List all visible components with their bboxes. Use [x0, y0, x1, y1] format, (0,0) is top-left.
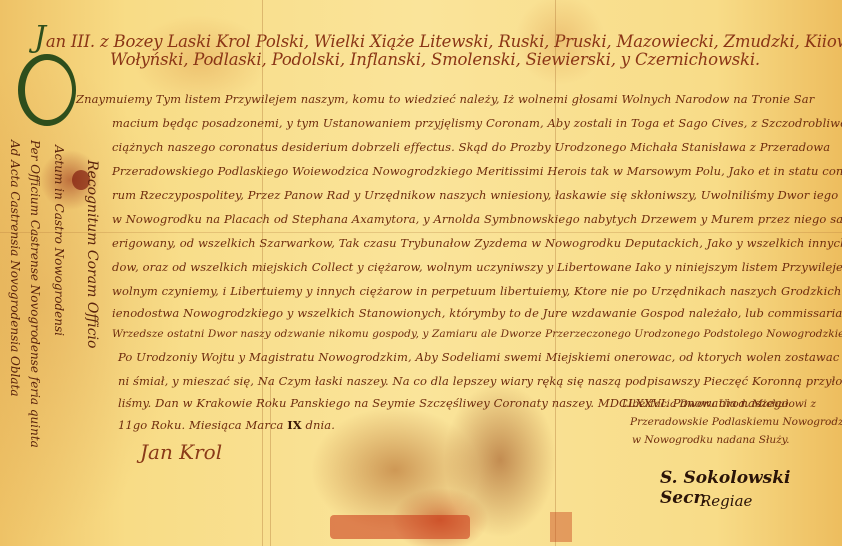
- body-line: Przeradowskiego Podlaskiego Woiewodzica …: [112, 164, 842, 178]
- title-line-2: Wołyński, Podlaski, Podolski, Inflanski,…: [110, 50, 760, 69]
- chancellery-notation-line: w Nowogrodku nadana Służy.: [632, 434, 790, 446]
- body-line: ienodostwa Nowogrodzkiego y wszelkich St…: [112, 306, 842, 320]
- body-line: Po Urodzoniy Wojtu y Magistratu Nowogrod…: [118, 350, 842, 364]
- margin-endorsement: Ad Acta Castrensia Novogrodensia Oblata: [8, 140, 22, 397]
- body-line: Znaymuiemy Tym listem Przywilejem naszym…: [76, 92, 814, 106]
- body-line: rum Rzeczypospolitey, Przez Panow Rad y …: [112, 188, 838, 202]
- body-line: macium będąc posadzonemi, y tym Ustanowa…: [112, 116, 842, 130]
- body-line: ni śmiał, y mieszać się, Na Czym łaski n…: [118, 374, 842, 388]
- king-signature: Jan Krol: [140, 440, 222, 464]
- secretary-signature-flourish: Regiae: [700, 492, 752, 510]
- chancellery-notation-line: Przeradowskie Podlaskiemu Nowogrodzkie: [630, 416, 842, 428]
- manuscript-document: Jan III. z Bozey Laski Krol Polski, Wiel…: [0, 0, 842, 546]
- date-day-roman: IX: [287, 418, 302, 432]
- margin-endorsement: Per Officium Castrense Novogrodense feri…: [28, 140, 42, 448]
- chancellery-notation-line: Libertacia Dworu Urod. Michałowi z: [622, 398, 816, 410]
- decorated-initial-o: [18, 54, 76, 126]
- body-line: erigowany, od wszelkich Szarwarkow, Tak …: [112, 236, 842, 250]
- body-line: ciążnych naszego coronatus desiderium do…: [112, 140, 830, 154]
- date-line: 11go Roku. Miesiąca Marca IX dnia.: [118, 418, 335, 432]
- body-line: dow, oraz od wszelkich miejskich Collect…: [112, 260, 842, 274]
- margin-endorsement: Actum in Castro Nowogrodensi: [52, 145, 66, 336]
- body-line: w Nowogrodku na Placach od Stephana Axam…: [112, 212, 842, 226]
- body-line: wolnym czyniemy, i Libertuiemy y innych …: [112, 284, 842, 298]
- seal-remnant-stain: [550, 512, 572, 542]
- decorated-initial-j: J: [34, 20, 46, 55]
- body-line: Wrzedsze ostatni Dwor naszy odzwanie nik…: [112, 328, 842, 340]
- margin-endorsement: Recognitum Coram Officio: [84, 160, 100, 348]
- seal-remnant-stain: [330, 515, 470, 539]
- fold-line: [0, 232, 842, 233]
